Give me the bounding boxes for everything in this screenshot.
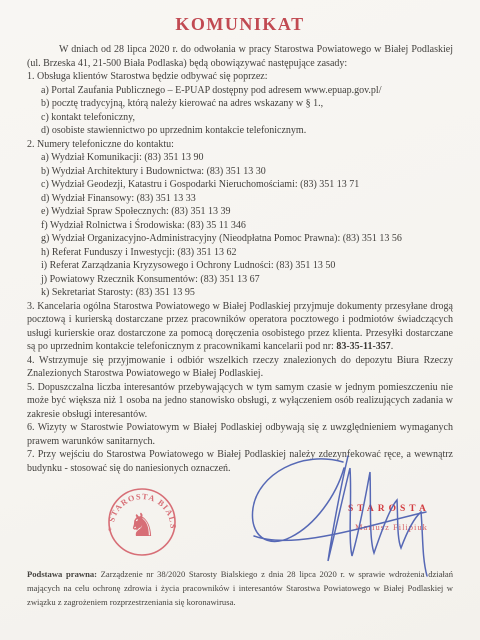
phone-list-item: g) Wydział Organizacyjno-Administracyjny… xyxy=(27,232,453,246)
phone-list-item: j) Powiatowy Rzecznik Konsumentów: (83) … xyxy=(27,273,453,287)
phone-list-item: f) Wydział Rolnictwa i Środowiska: (83) … xyxy=(27,219,453,233)
official-stamp: * STAROSTA BIALSKI * ♞ xyxy=(104,484,180,560)
paragraph-4: 4. Wstrzymuje się przyjmowanie i odbiór … xyxy=(27,354,453,381)
section-1: 1. Obsługa klientów Starostwa będzie odb… xyxy=(27,70,453,138)
section-2: 2. Numery telefoniczne do kontaktu: a) W… xyxy=(27,138,453,300)
paragraph-3: 3. Kancelaria ogólna Starostwa Powiatowe… xyxy=(27,300,453,354)
list-item: c) kontakt telefoniczny, xyxy=(27,111,453,125)
phone-list-item: e) Wydział Spraw Społecznych: (83) 351 1… xyxy=(27,205,453,219)
document-title: KOMUNIKAT xyxy=(27,14,453,34)
list-item: b) pocztę tradycyjną, którą należy kiero… xyxy=(27,97,453,111)
list-item: a) Portal Zaufania Publicznego – E-PUAP … xyxy=(27,84,453,98)
section-1-heading: 1. Obsługa klientów Starostwa będzie odb… xyxy=(27,70,453,84)
phone-list-item: k) Sekretariat Starosty: (83) 351 13 95 xyxy=(27,286,453,300)
paragraph-6: 6. Wizyty w Starostwie Powiatowym w Biał… xyxy=(27,421,453,448)
legal-basis: Podstawa prawna: Zarządzenie nr 38/2020 … xyxy=(27,568,453,609)
paragraph-3-tail: . xyxy=(391,341,394,352)
document-body: KOMUNIKAT W dniach od 28 lipca 2020 r. d… xyxy=(0,0,480,475)
paragraph-7: 7. Przy wejściu do Starostwa Powiatowego… xyxy=(27,448,453,475)
paragraph-5: 5. Dopuszczalna liczba interesantów prze… xyxy=(27,381,453,422)
document-sheet: KOMUNIKAT W dniach od 28 lipca 2020 r. d… xyxy=(0,0,480,640)
intro-paragraph: W dniach od 28 lipca 2020 r. do odwołani… xyxy=(27,43,453,70)
pogon-knight-icon: ♞ xyxy=(128,507,157,543)
phone-list-item: c) Wydział Geodezji, Katastru i Gospodar… xyxy=(27,178,453,192)
list-item: d) osobiste stawiennictwo po uprzednim k… xyxy=(27,124,453,138)
phone-list-item: b) Wydział Architektury i Budownictwa: (… xyxy=(27,165,453,179)
signature-role: STAROSTA xyxy=(348,504,430,514)
phone-list-item: a) Wydział Komunikacji: (83) 351 13 90 xyxy=(27,151,453,165)
signature-name: Mariusz Filipiuk xyxy=(355,522,428,532)
phone-list-item: d) Wydział Finansowy: (83) 351 13 33 xyxy=(27,192,453,206)
legal-basis-label: Podstawa prawna: xyxy=(27,569,97,579)
phone-list-item: h) Referat Funduszy i Inwestycji: (83) 3… xyxy=(27,246,453,260)
section-2-heading: 2. Numery telefoniczne do kontaktu: xyxy=(27,138,453,152)
bold-phone-number: 83-35-11-357 xyxy=(336,341,390,352)
phone-list-item: i) Referat Zarządzania Kryzysowego i Och… xyxy=(27,259,453,273)
